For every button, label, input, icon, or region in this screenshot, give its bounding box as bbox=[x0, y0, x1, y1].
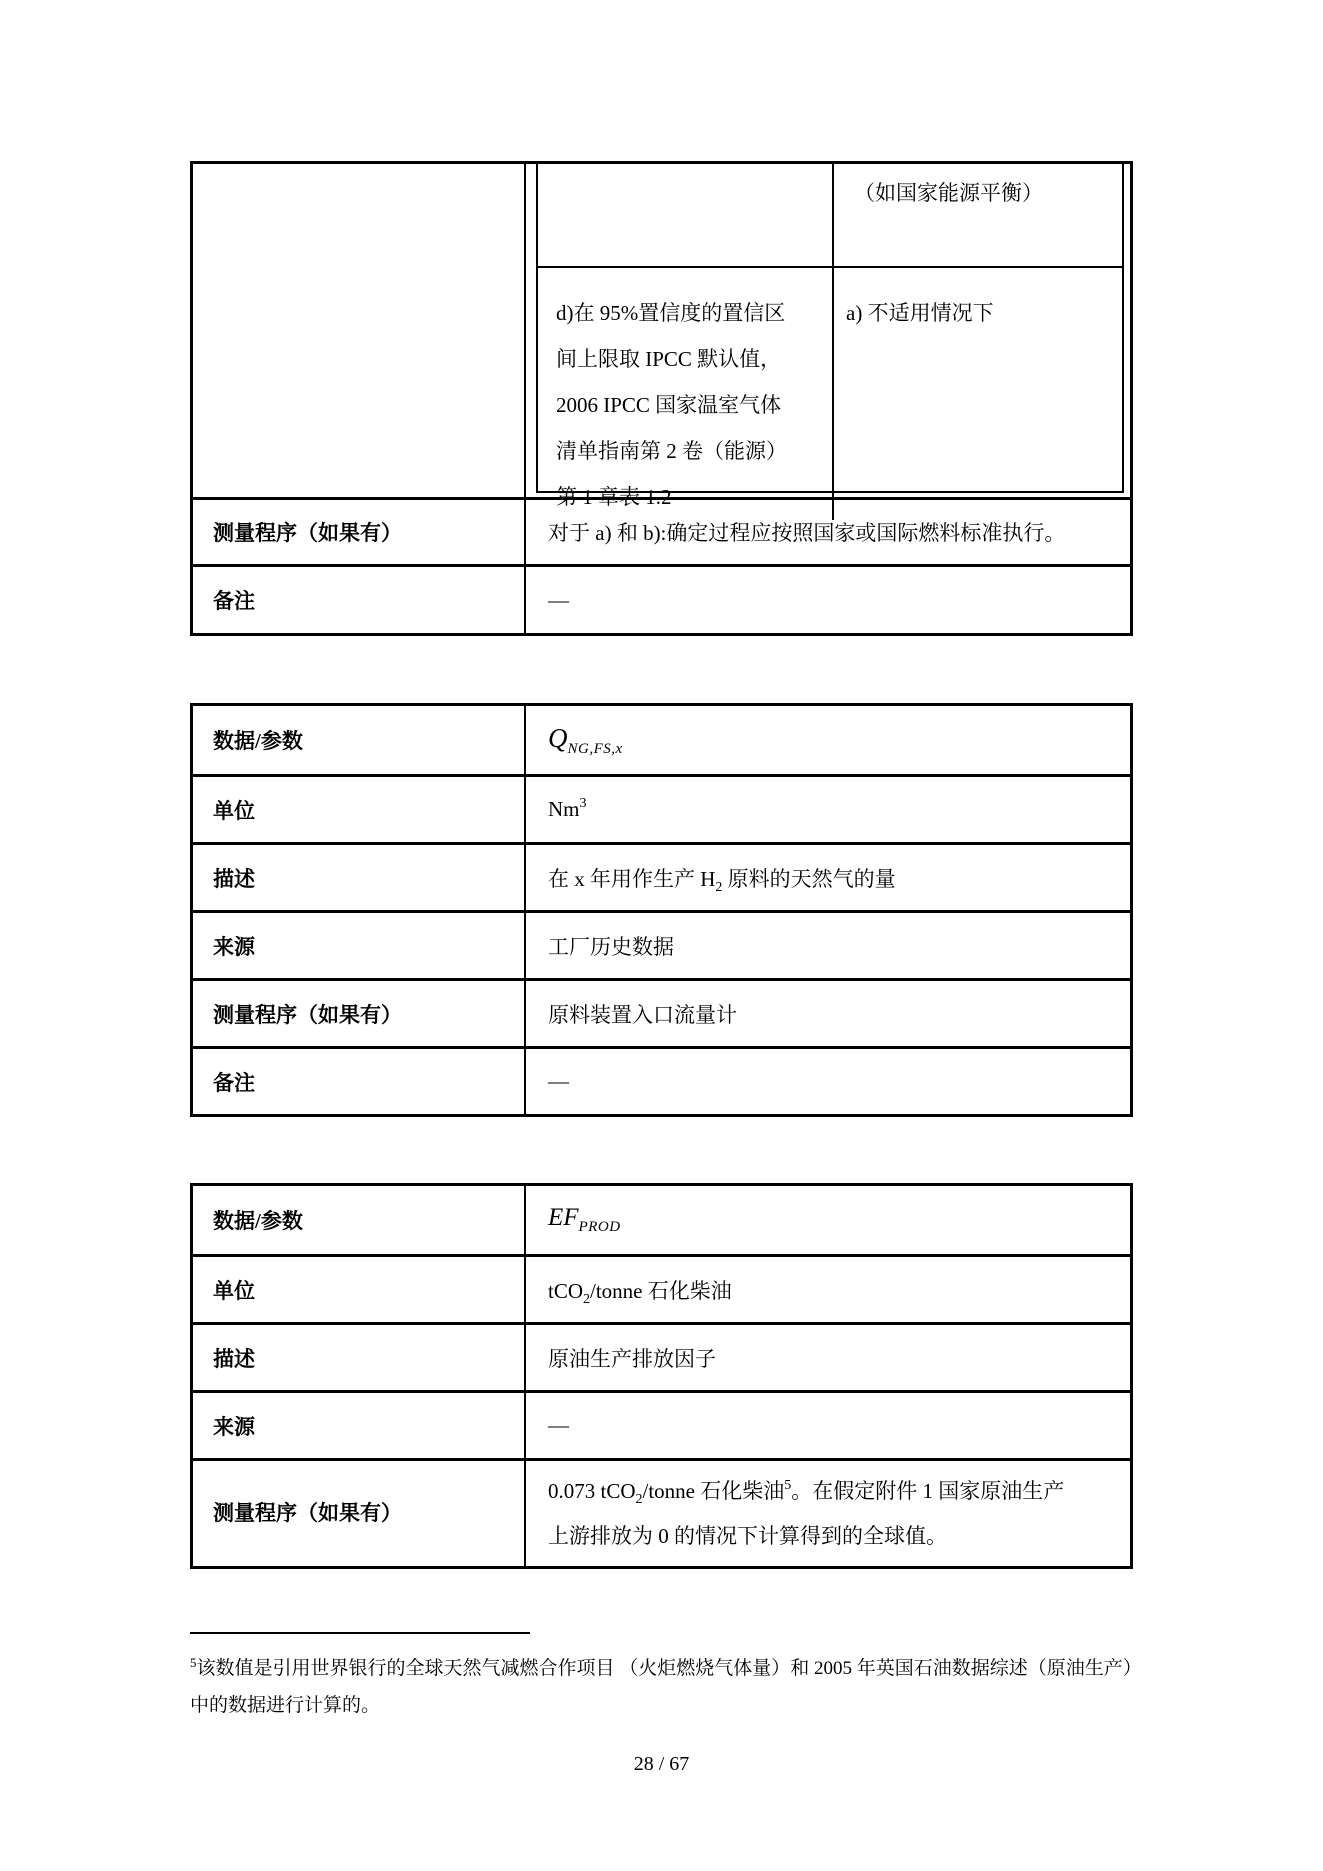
table-gap bbox=[190, 636, 1133, 703]
label-cell: 单位 bbox=[193, 777, 526, 842]
row-label: 备注 bbox=[213, 585, 255, 615]
value-cell: 原料装置入口流量计 bbox=[526, 981, 1130, 1046]
value-cell: tCO2/tonne 石化柴油 bbox=[526, 1257, 1130, 1322]
parameter-symbol: QNG,FS,x bbox=[548, 723, 623, 758]
row-label: 来源 bbox=[213, 931, 255, 961]
label-cell: 备注 bbox=[193, 567, 526, 633]
row-measurement-procedure: 测量程序（如果有） 0.073 tCO2/tonne 石化柴油5。在假定附件 1… bbox=[193, 1458, 1130, 1566]
value-cell: 在 x 年用作生产 H2 原料的天然气的量 bbox=[526, 845, 1130, 910]
label-cell: 来源 bbox=[193, 913, 526, 978]
label-cell: 来源 bbox=[193, 1393, 526, 1458]
description-text: 在 x 年用作生产 H2 原料的天然气的量 bbox=[548, 863, 896, 893]
row-source: 来源 工厂历史数据 bbox=[193, 910, 1130, 978]
row-unit: 单位 tCO2/tonne 石化柴油 bbox=[193, 1254, 1130, 1322]
row-unit: 单位 Nm3 bbox=[193, 774, 1130, 842]
label-cell: 描述 bbox=[193, 1325, 526, 1390]
row-value: 对于 a) 和 b):确定过程应按照国家或国际燃料标准执行。 bbox=[548, 517, 1065, 547]
row-data-parameter: 数据/参数 EFPROD bbox=[193, 1186, 1130, 1254]
row-value: — bbox=[548, 588, 569, 613]
empty-spacer-cell bbox=[193, 164, 526, 497]
inner-cell-source-note: （如国家能源平衡） bbox=[834, 164, 1122, 268]
row-measurement-procedure: 测量程序（如果有） 原料装置入口流量计 bbox=[193, 978, 1130, 1046]
row-label: 单位 bbox=[213, 1275, 255, 1305]
row-value: 原料装置入口流量计 bbox=[548, 999, 737, 1029]
inner-subtable-area: （如国家能源平衡） d)在 95%置信度的置信区间上限取 IPCC 默认值，20… bbox=[526, 164, 1130, 497]
inner-cell-empty bbox=[538, 164, 834, 268]
row-value: — bbox=[548, 1069, 569, 1094]
label-cell: 测量程序（如果有） bbox=[193, 500, 526, 564]
row-source: 来源 — bbox=[193, 1390, 1130, 1458]
label-cell: 描述 bbox=[193, 845, 526, 910]
value-cell: QNG,FS,x bbox=[526, 706, 1130, 774]
table-fuel-parameter-continued: （如国家能源平衡） d)在 95%置信度的置信区间上限取 IPCC 默认值，20… bbox=[190, 161, 1133, 636]
row-remark: 备注 — bbox=[193, 1046, 1130, 1114]
label-cell: 测量程序（如果有） bbox=[193, 981, 526, 1046]
unit-text: tCO2/tonne 石化柴油 bbox=[548, 1275, 732, 1305]
page-number: 28 / 67 bbox=[190, 1753, 1133, 1776]
row-value: — bbox=[548, 1413, 569, 1438]
option-a-text: a) 不适用情况下 bbox=[846, 301, 994, 325]
footnote: 5该数值是引用世界银行的全球天然气减燃合作项目 （火炬燃烧气体量）和 2005 … bbox=[190, 1650, 1133, 1724]
row-value: 工厂历史数据 bbox=[548, 931, 674, 961]
row-label: 单位 bbox=[213, 795, 255, 825]
row-value: 0.073 tCO2/tonne 石化柴油5。在假定附件 1 国家原油生产上游排… bbox=[548, 1469, 1080, 1559]
value-cell: — bbox=[526, 1393, 1130, 1458]
footnote-text: 该数值是引用世界银行的全球天然气减燃合作项目 （火炬燃烧气体量）和 2005 年… bbox=[190, 1658, 1132, 1716]
row-label: 数据/参数 bbox=[213, 1205, 303, 1235]
label-cell: 测量程序（如果有） bbox=[193, 1461, 526, 1566]
table-gap bbox=[190, 1117, 1133, 1183]
row-label: 描述 bbox=[213, 863, 255, 893]
row-data-parameter: 数据/参数 QNG,FS,x bbox=[193, 706, 1130, 774]
source-note-text: （如国家能源平衡） bbox=[854, 181, 1043, 205]
parameter-symbol: EFPROD bbox=[548, 1204, 621, 1236]
label-cell: 数据/参数 bbox=[193, 1186, 526, 1254]
row-label: 来源 bbox=[213, 1411, 255, 1441]
value-cell: EFPROD bbox=[526, 1186, 1130, 1254]
value-cell: 0.073 tCO2/tonne 石化柴油5。在假定附件 1 国家原油生产上游排… bbox=[526, 1461, 1130, 1566]
row-description: 描述 原油生产排放因子 bbox=[193, 1322, 1130, 1390]
row-label: 描述 bbox=[213, 1343, 255, 1373]
value-cell: 工厂历史数据 bbox=[526, 913, 1130, 978]
value-cell: Nm3 bbox=[526, 777, 1130, 842]
inner-subtable: （如国家能源平衡） d)在 95%置信度的置信区间上限取 IPCC 默认值，20… bbox=[536, 164, 1124, 493]
label-cell: 单位 bbox=[193, 1257, 526, 1322]
table-parameter-qngfsx: 数据/参数 QNG,FS,x 单位 Nm3 描述 在 x 年用作生产 H2 原料… bbox=[190, 703, 1133, 1117]
row-label: 测量程序（如果有） bbox=[213, 1491, 402, 1536]
value-cell: 原油生产排放因子 bbox=[526, 1325, 1130, 1390]
label-cell: 数据/参数 bbox=[193, 706, 526, 774]
inner-cell-option-a: a) 不适用情况下 bbox=[834, 268, 1122, 520]
value-cell: — bbox=[526, 567, 1130, 633]
unit-text: Nm3 bbox=[548, 797, 587, 822]
inner-cell-option-d: d)在 95%置信度的置信区间上限取 IPCC 默认值，2006 IPCC 国家… bbox=[538, 268, 834, 520]
row-remark: 备注 — bbox=[193, 564, 1130, 633]
row-label: 测量程序（如果有） bbox=[213, 517, 402, 547]
page-content: （如国家能源平衡） d)在 95%置信度的置信区间上限取 IPCC 默认值，20… bbox=[190, 161, 1133, 1569]
option-d-text: d)在 95%置信度的置信区间上限取 IPCC 默认值，2006 IPCC 国家… bbox=[556, 301, 787, 509]
row-label: 数据/参数 bbox=[213, 725, 303, 755]
table-parameter-efprod: 数据/参数 EFPROD 单位 tCO2/tonne 石化柴油 描述 原油生产排… bbox=[190, 1183, 1133, 1569]
continued-option-row: （如国家能源平衡） d)在 95%置信度的置信区间上限取 IPCC 默认值，20… bbox=[193, 164, 1130, 497]
row-label: 备注 bbox=[213, 1067, 255, 1097]
value-cell: — bbox=[526, 1049, 1130, 1114]
row-label: 测量程序（如果有） bbox=[213, 999, 402, 1029]
label-cell: 备注 bbox=[193, 1049, 526, 1114]
footnote-separator bbox=[190, 1632, 530, 1634]
row-description: 描述 在 x 年用作生产 H2 原料的天然气的量 bbox=[193, 842, 1130, 910]
row-value: 原油生产排放因子 bbox=[548, 1343, 716, 1373]
